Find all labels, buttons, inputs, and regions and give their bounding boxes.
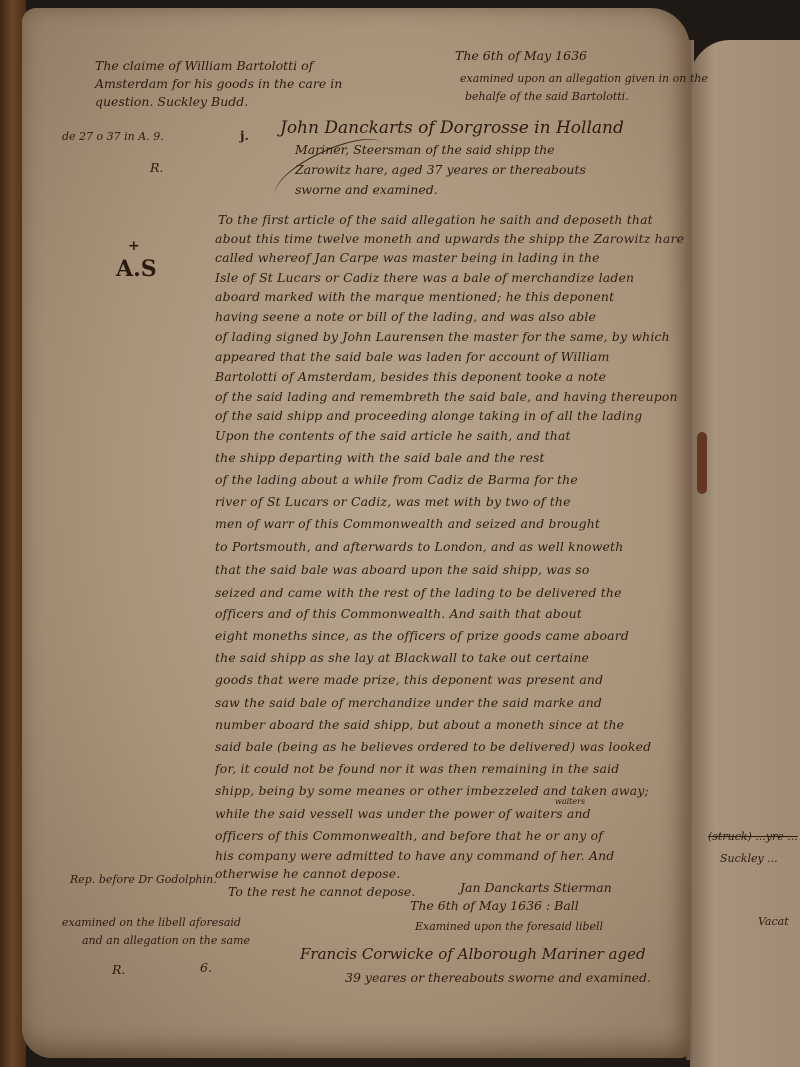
second-deponent-name-line: Francis Corwicke of Alborough Mariner ag…	[300, 945, 646, 963]
right-page-fragment-2: Suckley ...	[720, 852, 778, 865]
body-line: to Portsmouth, and afterwards to London,…	[215, 539, 623, 554]
header-right-line-2: examined upon an allegation given in on …	[460, 72, 708, 85]
header-left-line-3: question. Suckley Budd.	[95, 94, 248, 109]
second-entry-date: The 6th of May 1636 : Ball	[410, 898, 579, 913]
entry-date: The 6th of May 1636	[455, 48, 587, 63]
body-line: that the said bale was aboard upon the s…	[215, 562, 590, 577]
folio-mark: j.	[240, 128, 249, 143]
body-line: aboard marked with the marque mentioned;…	[215, 289, 614, 304]
body-line: while the said vessell was under the pow…	[215, 806, 591, 821]
body-line: otherwise he cannot depose.	[215, 866, 400, 881]
body-line: appeared that the said bale was laden fo…	[215, 349, 610, 364]
second-entry-heading: Examined upon the foresaid libell	[415, 920, 603, 933]
body-line: called whereof Jan Carpe was master bein…	[215, 250, 600, 265]
body-line: river of St Lucars or Cadiz, was met wit…	[215, 494, 571, 509]
body-line: Isle of St Lucars or Cadiz there was a b…	[215, 270, 634, 285]
folio-reference: de 27 o 37 in A. 9.	[62, 130, 164, 143]
margin-cross-symbol: +	[128, 238, 140, 254]
second-entry-mark-r: R.	[112, 962, 125, 977]
header-left-line-1: The claime of William Bartolotti of	[95, 58, 313, 73]
body-line: Upon the contents of the said article he…	[215, 428, 571, 443]
body-line: of the lading about a while from Cadiz d…	[215, 472, 578, 487]
deponent-name-line: John Danckarts of Dorgrosse in Holland	[280, 118, 624, 138]
body-line: his company were admitted to have any co…	[215, 848, 614, 863]
closing-line: To the rest he cannot depose.	[228, 884, 415, 899]
ink-stain	[697, 432, 707, 494]
right-page-bottom-fragment: Vacat	[758, 915, 789, 928]
second-entry-margin-line-2: and an allegation on the same	[82, 934, 250, 947]
body-line: eight moneths since, as the officers of …	[215, 628, 629, 643]
body-line: saw the said bale of merchandize under t…	[215, 695, 602, 710]
body-line: goods that were made prize, this deponen…	[215, 672, 603, 687]
body-line: for, it could not be found nor it was th…	[215, 761, 619, 776]
body-line: officers of this Commonwealth, and befor…	[215, 828, 603, 843]
second-entry-margin-line-1: examined on the libell aforesaid	[62, 916, 241, 929]
deponent-signature: Jan Danckarts Stierman	[460, 880, 612, 895]
body-line: the said shipp as she lay at Blackwall t…	[215, 650, 589, 665]
body-line: number aboard the said shipp, but about …	[215, 717, 624, 732]
second-deponent-line-2: 39 yeares or thereabouts sworne and exam…	[345, 970, 651, 985]
body-line: seized and came with the rest of the lad…	[215, 585, 622, 600]
body-line: To the first article of the said allegat…	[218, 212, 653, 227]
right-page-fragment-1: (struck) ...yre ...	[708, 830, 798, 843]
margin-mark-r: R.	[150, 160, 163, 175]
body-line: shipp, being by some meanes or other imb…	[215, 783, 649, 798]
second-entry-mark-number: 6.	[200, 960, 212, 975]
body-line: Bartolotti of Amsterdam, besides this de…	[215, 369, 606, 384]
body-line: officers and of this Commonwealth. And s…	[215, 606, 582, 621]
body-line: of the said lading and remembreth the sa…	[215, 389, 678, 404]
body-line: men of warr of this Commonwealth and sei…	[215, 516, 600, 531]
right-page: (struck) ...yre ... Suckley ... Vacat	[690, 40, 800, 1067]
margin-initials: A.S	[116, 256, 157, 282]
body-line: the shipp departing with the said bale a…	[215, 450, 545, 465]
body-line: of the said shipp and proceeding alonge …	[215, 408, 642, 423]
header-right-line-3: behalfe of the said Bartolotti.	[465, 90, 629, 103]
header-left-line-2: Amsterdam for his goods in the care in	[95, 76, 342, 91]
body-line: about this time twelve moneth and upward…	[215, 231, 684, 246]
margin-note-repetition: Rep. before Dr Godolphin.	[70, 873, 217, 886]
body-line: having seene a note or bill of the ladin…	[215, 309, 596, 324]
interlined-correction: waiters	[555, 797, 585, 806]
body-line: said bale (being as he believes ordered …	[215, 739, 651, 754]
body-line: of lading signed by John Laurensen the m…	[215, 329, 670, 344]
